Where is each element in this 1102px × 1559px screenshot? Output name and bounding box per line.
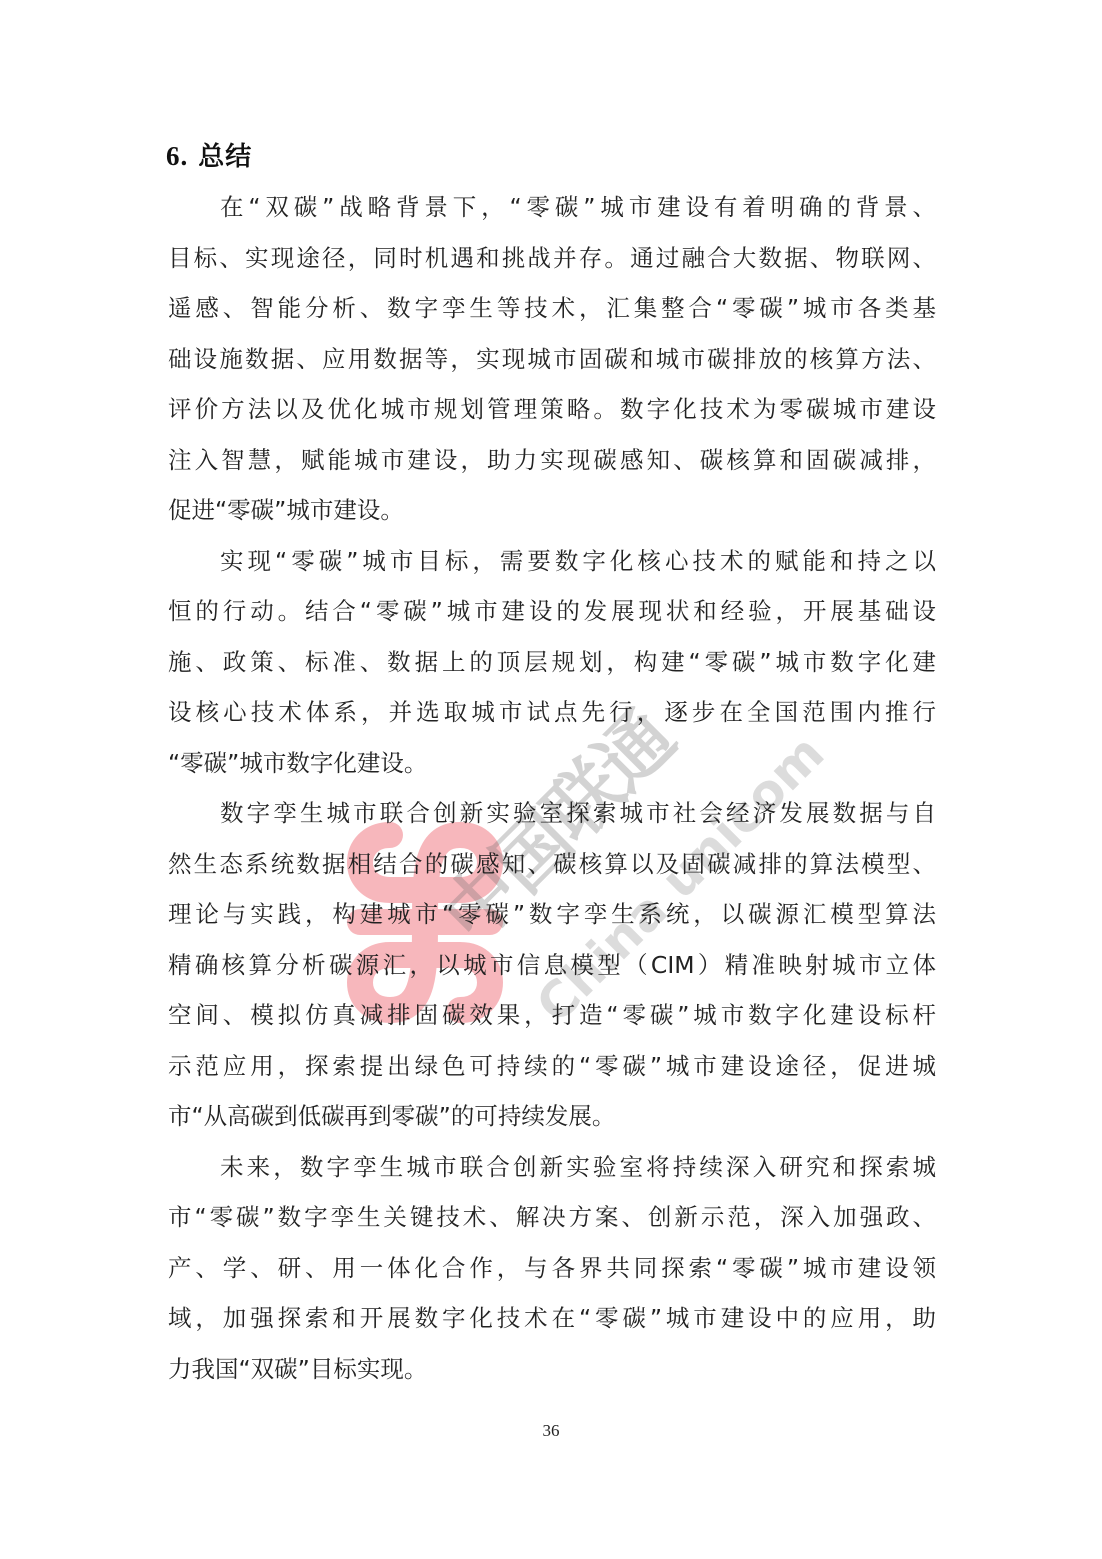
section-heading: 6.总结	[166, 136, 252, 173]
text-line: 未来，数字孪生城市联合创新实验室将持续深入研究和探索城	[168, 1142, 936, 1193]
section-title: 总结	[198, 142, 252, 172]
text-line: 遥感、智能分析、数字孪生等技术，汇集整合“零碳”城市各类基	[168, 283, 936, 334]
body-text: 在“双碳”战略背景下，“零碳”城市建设有着明确的背景、 目标、实现途径，同时机遇…	[168, 182, 936, 1394]
text-line: 市“从高碳到低碳再到零碳”的可持续发展。	[168, 1091, 936, 1142]
text-line: 域，加强探索和开展数字化技术在“零碳”城市建设中的应用，助	[168, 1293, 936, 1344]
text-line: 施、政策、标准、数据上的顶层规划，构建“零碳”城市数字化建	[168, 637, 936, 688]
paragraph: 数字孪生城市联合创新实验室探索城市社会经济发展数据与自 然生态系统数据相结合的碳…	[168, 788, 936, 1142]
text-line: 实现“零碳”城市目标，需要数字化核心技术的赋能和持之以	[168, 536, 936, 587]
text-line: 础设施数据、应用数据等，实现城市固碳和城市碳排放的核算方法、	[168, 334, 936, 385]
text-line: 恒的行动。结合“零碳”城市建设的发展现状和经验，开展基础设	[168, 586, 936, 637]
text-line: 设核心技术体系，并选取城市试点先行，逐步在全国范围内推行	[168, 687, 936, 738]
text-line: 评价方法以及优化城市规划管理策略。数字化技术为零碳城市建设	[168, 384, 936, 435]
document-page: 中国联通 China unicom 6.总结 在“双碳”战略背景下，“零碳”城市…	[0, 0, 1102, 1559]
text-line: “零碳”城市数字化建设。	[168, 738, 936, 789]
text-line: 目标、实现途径，同时机遇和挑战并存。通过融合大数据、物联网、	[168, 233, 936, 284]
paragraph: 实现“零碳”城市目标，需要数字化核心技术的赋能和持之以 恒的行动。结合“零碳”城…	[168, 536, 936, 789]
text-line: 产、学、研、用一体化合作，与各界共同探索“零碳”城市建设领	[168, 1243, 936, 1294]
text-line: 在“双碳”战略背景下，“零碳”城市建设有着明确的背景、	[168, 182, 936, 233]
paragraph: 在“双碳”战略背景下，“零碳”城市建设有着明确的背景、 目标、实现途径，同时机遇…	[168, 182, 936, 536]
text-line: 力我国“双碳”目标实现。	[168, 1344, 936, 1395]
text-line: 市“零碳”数字孪生关键技术、解决方案、创新示范，深入加强政、	[168, 1192, 936, 1243]
section-number: 6.	[166, 141, 188, 171]
text-line: 促进“零碳”城市建设。	[168, 485, 936, 536]
text-line: 示范应用，探索提出绿色可持续的“零碳”城市建设途径，促进城	[168, 1041, 936, 1092]
text-line: 空间、模拟仿真减排固碳效果，打造“零碳”城市数字化建设标杆	[168, 990, 936, 1041]
paragraph: 未来，数字孪生城市联合创新实验室将持续深入研究和探索城 市“零碳”数字孪生关键技…	[168, 1142, 936, 1395]
text-line: 然生态系统数据相结合的碳感知、碳核算以及固碳减排的算法模型、	[168, 839, 936, 890]
page-number: 36	[0, 1421, 1102, 1441]
text-line: 注入智慧，赋能城市建设，助力实现碳感知、碳核算和固碳减排，	[168, 435, 936, 486]
text-line: 数字孪生城市联合创新实验室探索城市社会经济发展数据与自	[168, 788, 936, 839]
text-line: 理论与实践，构建城市“零碳”数字孪生系统，以碳源汇模型算法	[168, 889, 936, 940]
text-line: 精确核算分析碳源汇，以城市信息模型（CIM）精准映射城市立体	[168, 940, 936, 991]
